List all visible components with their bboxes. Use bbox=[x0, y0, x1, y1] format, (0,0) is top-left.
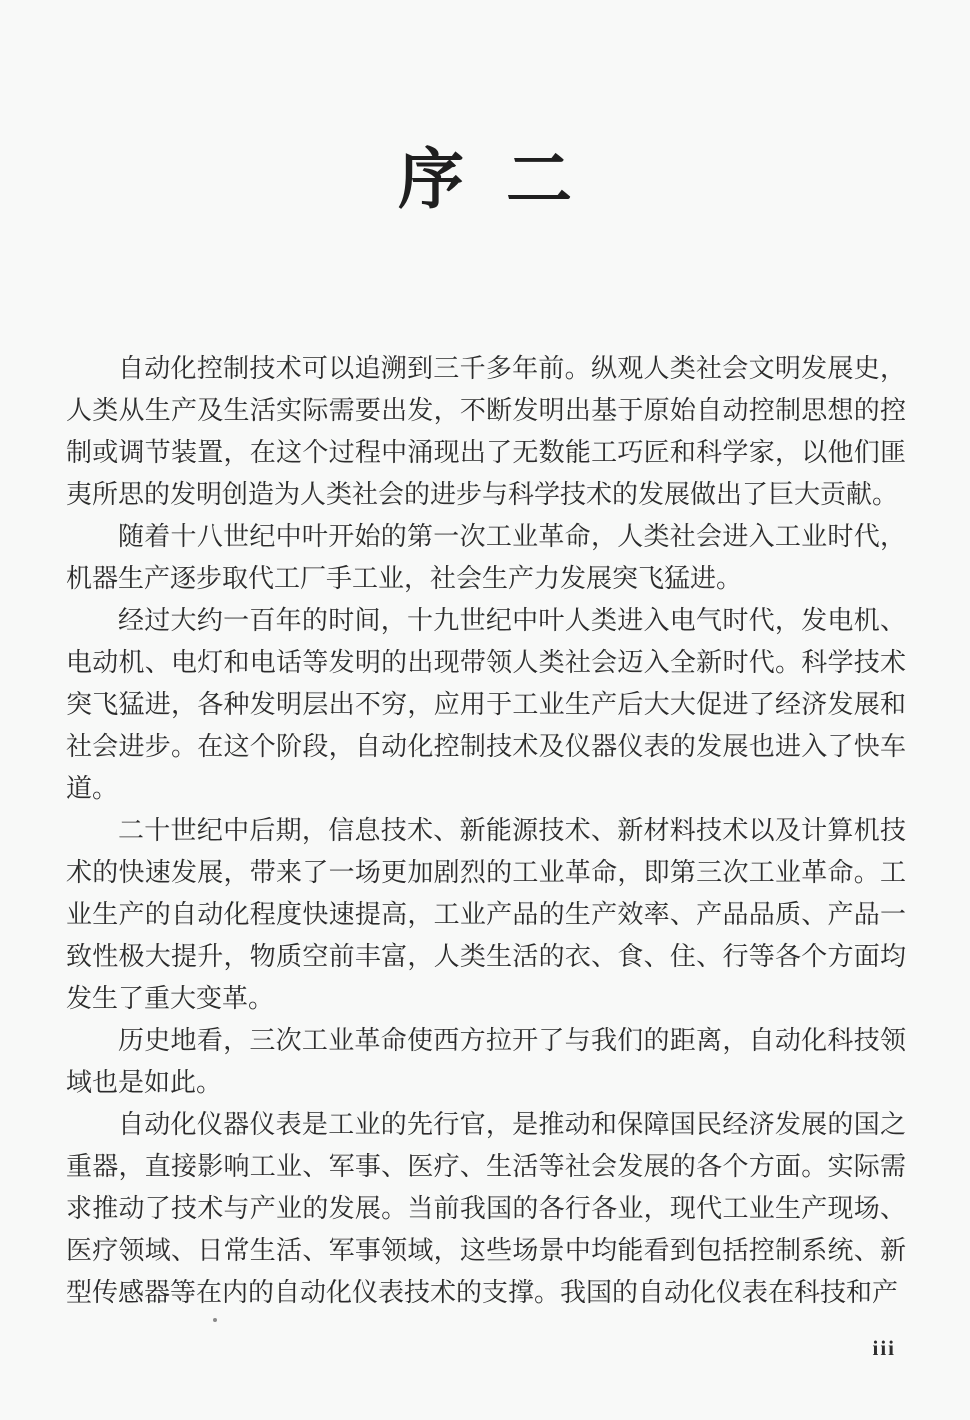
document-page: 序二 自动化控制技术可以追溯到三千多年前。纵观人类社会文明发展史，人类从生产及生… bbox=[0, 0, 970, 1420]
paragraph-6: 自动化仪器仪表是工业的先行官，是推动和保障国民经济发展的国之重器，直接影响工业、… bbox=[66, 1104, 906, 1314]
paragraph-5: 历史地看，三次工业革命使西方拉开了与我们的距离，自动化科技领域也是如此。 bbox=[66, 1020, 906, 1104]
paragraph-1: 自动化控制技术可以追溯到三千多年前。纵观人类社会文明发展史，人类从生产及生活实际… bbox=[66, 348, 906, 516]
scan-artifact-dot bbox=[213, 1318, 217, 1322]
paragraph-4: 二十世纪中后期，信息技术、新能源技术、新材料技术以及计算机技术的快速发展，带来了… bbox=[66, 810, 906, 1020]
paragraph-3: 经过大约一百年的时间，十九世纪中叶人类进入电气时代，发电机、电动机、电灯和电话等… bbox=[66, 600, 906, 810]
page-title: 序二 bbox=[0, 126, 970, 221]
preface-body: 自动化控制技术可以追溯到三千多年前。纵观人类社会文明发展史，人类从生产及生活实际… bbox=[66, 348, 906, 1314]
paragraph-2: 随着十八世纪中叶开始的第一次工业革命，人类社会进入工业时代，机器生产逐步取代工厂… bbox=[66, 516, 906, 600]
page-number: iii bbox=[872, 1336, 896, 1361]
